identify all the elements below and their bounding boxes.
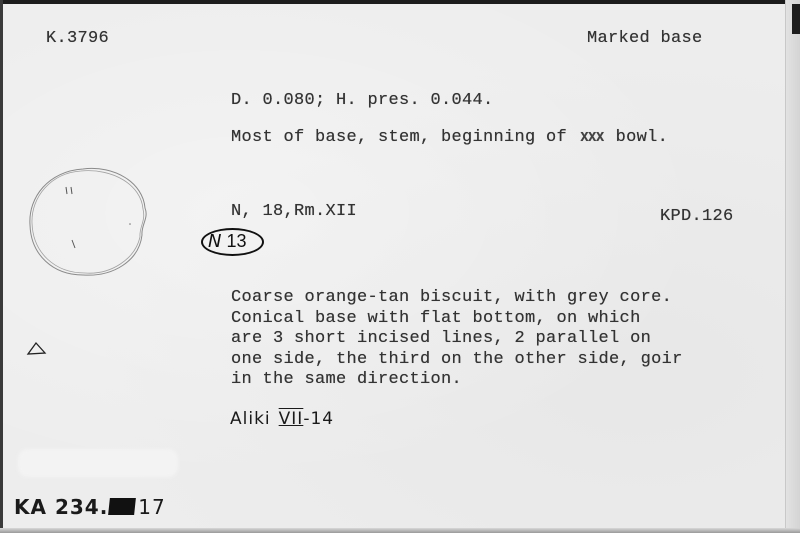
struck-out-text: xxx <box>580 128 603 147</box>
accession-number: K.3796 <box>46 29 109 48</box>
kpd-number: KPD.126 <box>660 207 734 226</box>
ka-number-suffix: 17 <box>138 495 165 519</box>
circled-label-number: 13 <box>226 231 246 251</box>
preservation-text-after: bowl. <box>605 128 668 147</box>
circled-label: N 13 <box>208 231 247 252</box>
preservation-note: Most of base, stem, beginning of xxx bow… <box>231 128 668 147</box>
circle-base-sketch-icon <box>25 163 155 283</box>
card-top-edge <box>0 0 800 4</box>
handwritten-roman-month: VII <box>279 409 304 429</box>
category-label: Marked base <box>587 29 703 48</box>
dimensions: D. 0.080; H. pres. 0.044. <box>231 91 494 110</box>
card-right-edge <box>785 0 800 533</box>
circled-label-letter: N <box>208 231 221 252</box>
description-line: Coarse orange-tan biscuit, with grey cor… <box>231 288 683 309</box>
card-bottom-edge <box>0 528 800 533</box>
handwritten-name: Aliki <box>230 409 271 429</box>
card-left-edge <box>0 0 3 533</box>
description-line: Conical base with flat bottom, on which <box>231 309 683 330</box>
description-line: are 3 short incised lines, 2 parallel on <box>231 329 683 350</box>
ka-number-prefix: KA 234. <box>14 495 108 519</box>
triangle-icon <box>26 340 48 356</box>
description: Coarse orange-tan biscuit, with grey cor… <box>231 288 683 391</box>
erased-label-patch <box>18 449 178 477</box>
card-tab-marker <box>792 4 800 34</box>
ink-blot <box>108 498 136 515</box>
description-line: in the same direction. <box>231 370 683 391</box>
findspot: N, 18,Rm.XII <box>231 202 357 221</box>
ka-number: KA 234.17 <box>14 495 166 519</box>
index-card: K.3796 Marked base D. 0.080; H. pres. 0.… <box>0 0 800 533</box>
description-line: one side, the third on the other side, g… <box>231 350 683 371</box>
handwritten-day: -14 <box>303 409 334 429</box>
handwritten-note: AlikiVII-14 <box>230 409 334 429</box>
preservation-text-before: Most of base, stem, beginning of <box>231 128 578 147</box>
